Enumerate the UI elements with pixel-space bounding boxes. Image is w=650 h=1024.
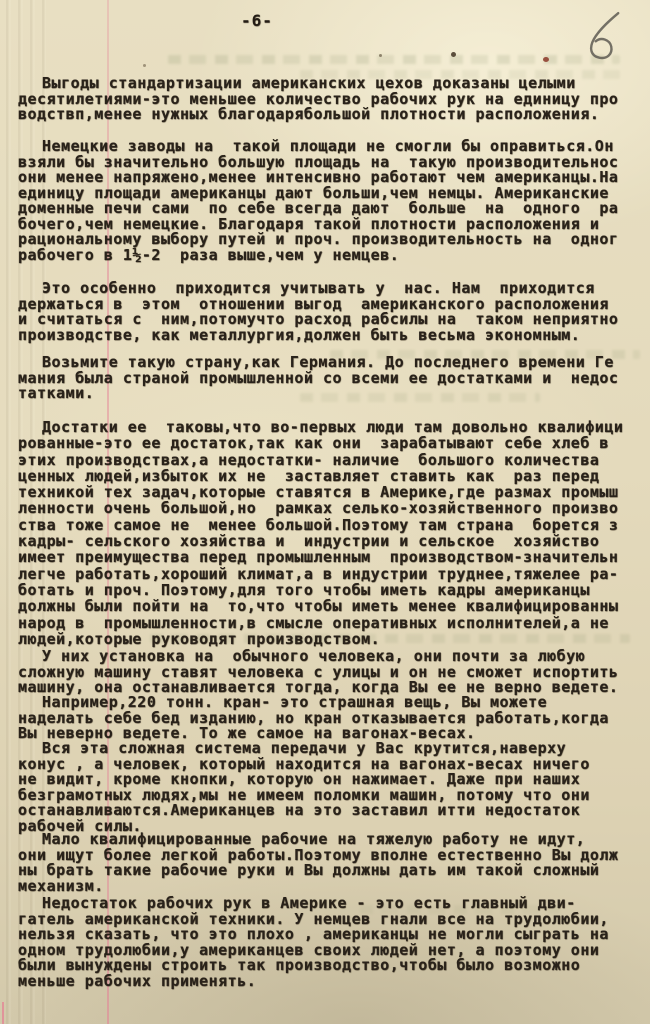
paragraph: Например,220 тонн. кран- это страшная ве…	[18, 695, 650, 742]
ink-speck	[451, 52, 456, 57]
bleed-through-text	[168, 55, 620, 64]
paragraph: Мало квалифицированные рабочие на тяжелу…	[18, 832, 650, 894]
paragraph: Немецкие заводы на такой площади не смог…	[18, 139, 650, 263]
scanned-document-page: -6- Выгоды стандартизации американских ц…	[0, 0, 650, 1024]
handwritten-six-glyph	[584, 9, 624, 64]
typed-page-number: -6-	[241, 13, 273, 29]
red-ink-speck	[543, 57, 549, 62]
paragraph: Достатки ее таковы,что во-первых люди та…	[18, 419, 650, 647]
paragraph: Это особенно приходится учитывать у нас.…	[18, 281, 650, 343]
handwritten-page-number	[584, 9, 625, 68]
paragraph: Недостаток рабочих рук в Америке - это е…	[18, 896, 650, 989]
paragraph: Вся эта сложная система передачи у Вас к…	[18, 741, 650, 834]
ink-speck	[379, 54, 382, 57]
paragraph: У них установка на обычного человека, он…	[18, 649, 650, 696]
margin-rule-line-corner	[2, 1002, 4, 1024]
ink-speck	[143, 64, 146, 67]
paragraph: Выгоды стандартизации американских цехов…	[18, 76, 650, 123]
paragraph: Возьмите такую страну,как Германия. До п…	[18, 355, 650, 402]
